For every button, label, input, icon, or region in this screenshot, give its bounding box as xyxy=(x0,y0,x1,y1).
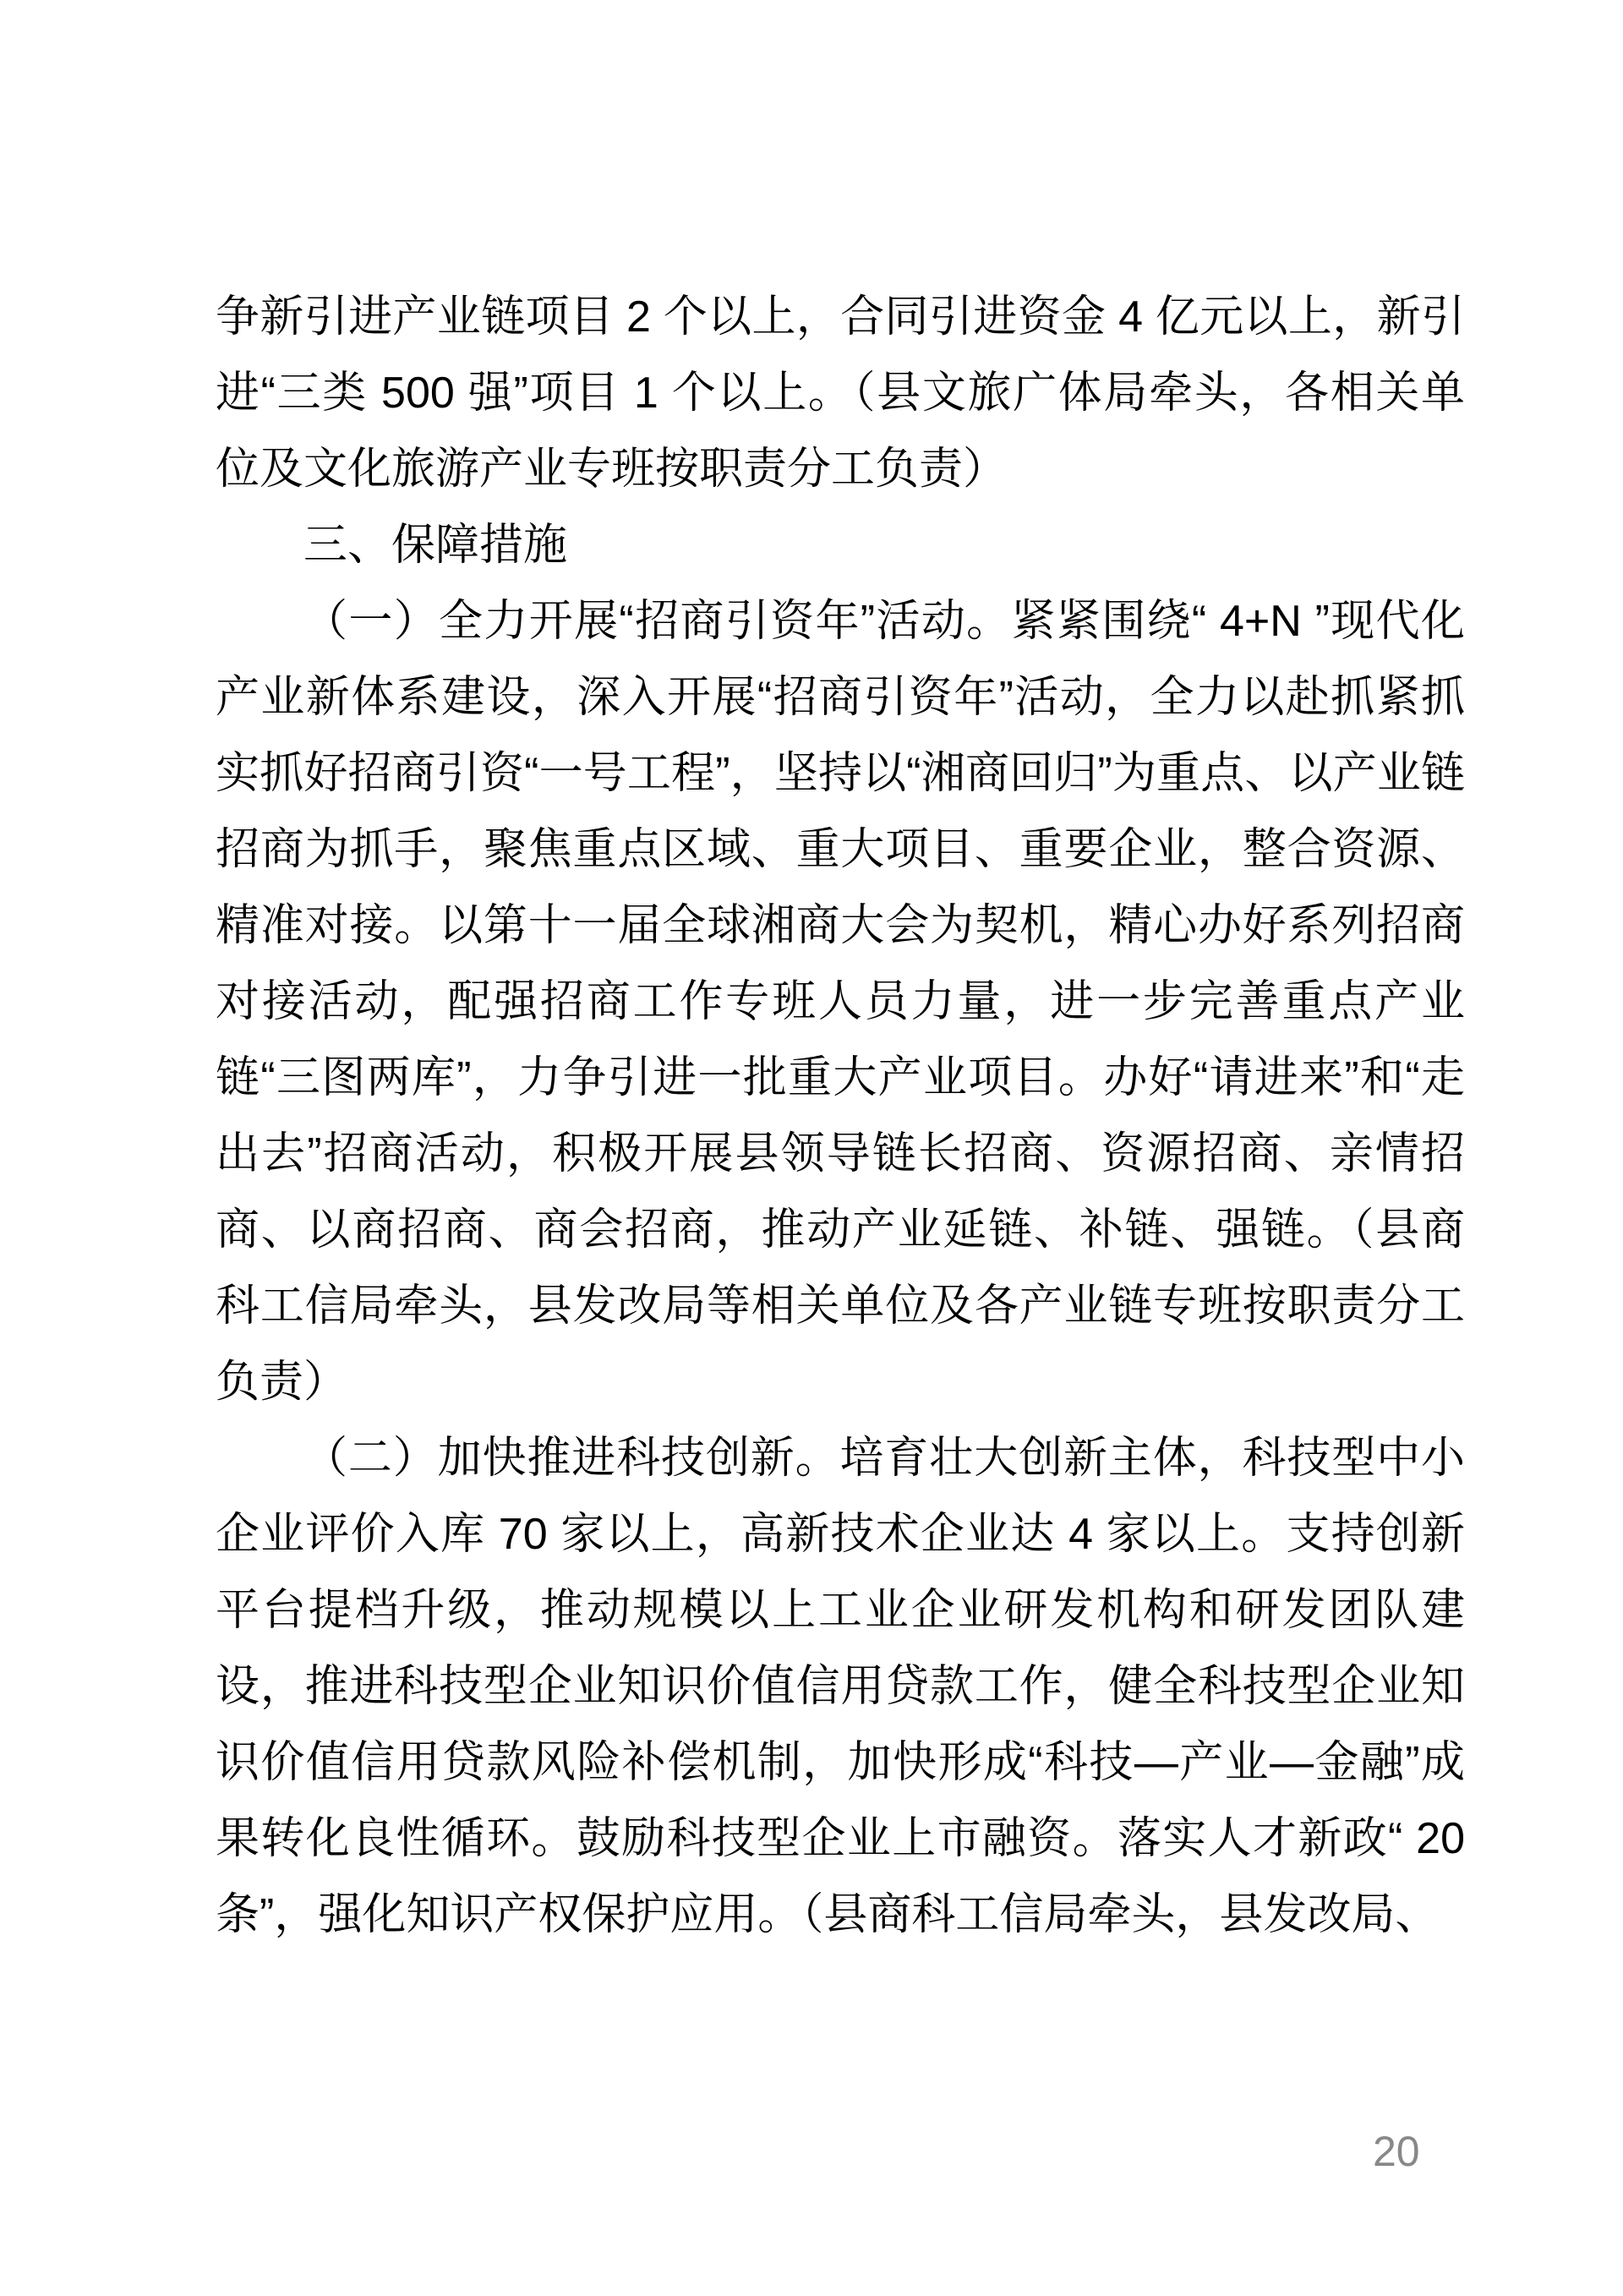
section-heading: 三、保障措施 xyxy=(216,507,1465,583)
page-number: 20 xyxy=(1373,2130,1420,2173)
document-body: 争新引进产业链项目 2 个以上，合同引进资金 4 亿元以上，新引进“三类 500… xyxy=(216,279,1465,1953)
paragraph-continuation: 争新引进产业链项目 2 个以上，合同引进资金 4 亿元以上，新引进“三类 500… xyxy=(216,279,1465,507)
subsection-paragraph-1: （一）全力开展“招商引资年”活动。紧紧围绕“ 4+N ”现代化产业新体系建设，深… xyxy=(216,583,1465,1420)
document-page: 争新引进产业链项目 2 个以上，合同引进资金 4 亿元以上，新引进“三类 500… xyxy=(0,0,1623,2296)
subsection-paragraph-2: （二）加快推进科技创新。培育壮大创新主体，科技型中小企业评价入库 70 家以上，… xyxy=(216,1420,1465,1953)
